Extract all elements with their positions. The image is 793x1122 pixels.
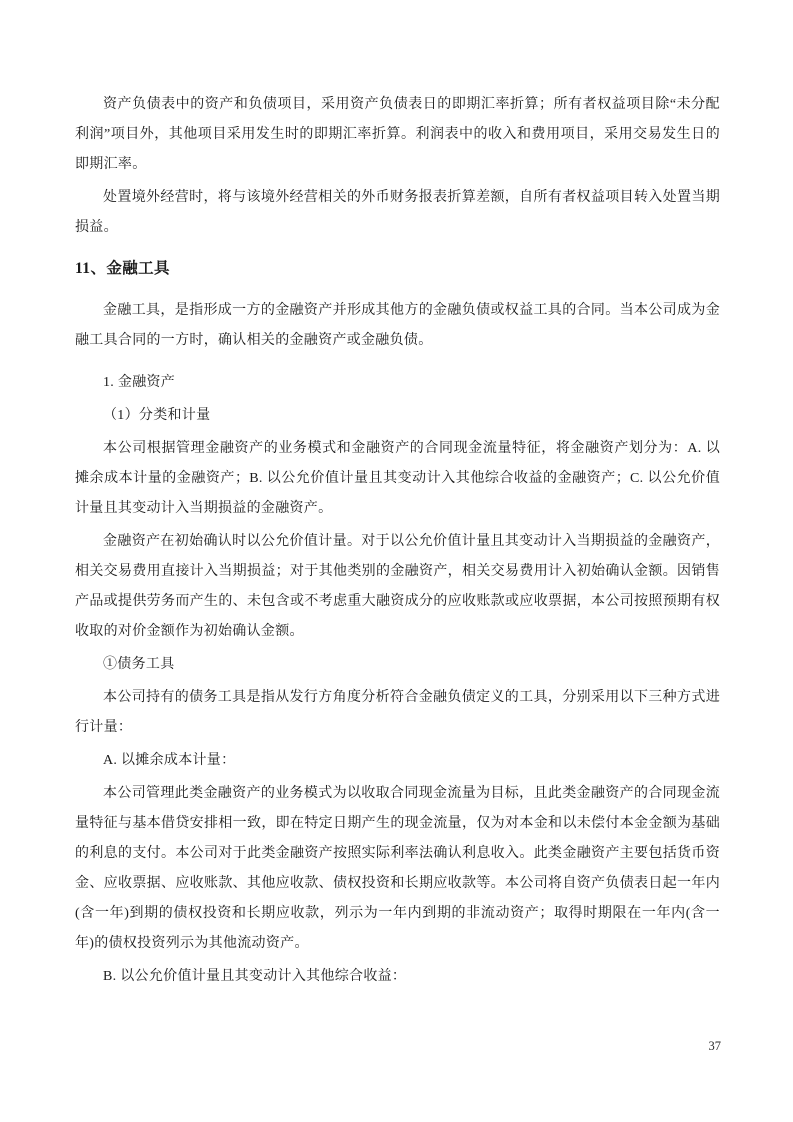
sub-item-classification-measurement: （1）分类和计量 <box>75 401 720 431</box>
paragraph-initial-recognition: 金融资产在初始确认时以公允价值计量。对于以公允价值计量且其变动计入当期损益的金融… <box>75 527 720 647</box>
document-content: 资产负债表中的资产和负债项目，采用资产负债表日的即期汇率折算；所有者权益项目除“… <box>75 0 720 995</box>
paragraph-amortized-cost-detail: 本公司管理此类金融资产的业务模式为以收取合同现金流量为目标，且此类金融资产的合同… <box>75 779 720 959</box>
paragraph-disposal-foreign-operations: 处置境外经营时，将与该境外经营相关的外币财务报表折算差额，自所有者权益项目转入处… <box>75 183 720 243</box>
paragraph-debt-instruments-definition: 本公司持有的债务工具是指从发行方角度分析符合金融负债定义的工具，分别采用以下三种… <box>75 683 720 743</box>
paragraph-exchange-rate-translation: 资产负债表中的资产和负债项目，采用资产负债表日的即期汇率折算；所有者权益项目除“… <box>75 90 720 180</box>
sub-item-amortized-cost: A. 以摊余成本计量： <box>75 746 720 776</box>
sub-item-financial-assets: 1. 金融资产 <box>75 368 720 398</box>
section-heading-financial-instruments: 11、金融工具 <box>75 256 720 282</box>
document-page: 资产负债表中的资产和负债项目，采用资产负债表日的即期汇率折算；所有者权益项目除“… <box>0 0 793 1122</box>
sub-item-debt-instruments: ①债务工具 <box>75 650 720 680</box>
paragraph-financial-instruments-definition: 金融工具，是指形成一方的金融资产并形成其他方的金融负债或权益工具的合同。当本公司… <box>75 296 720 356</box>
page-number: 37 <box>709 1038 722 1054</box>
sub-item-fvoci: B. 以公允价值计量且其变动计入其他综合收益： <box>75 962 720 992</box>
paragraph-asset-classification: 本公司根据管理金融资产的业务模式和金融资产的合同现金流量特征，将金融资产划分为：… <box>75 434 720 524</box>
